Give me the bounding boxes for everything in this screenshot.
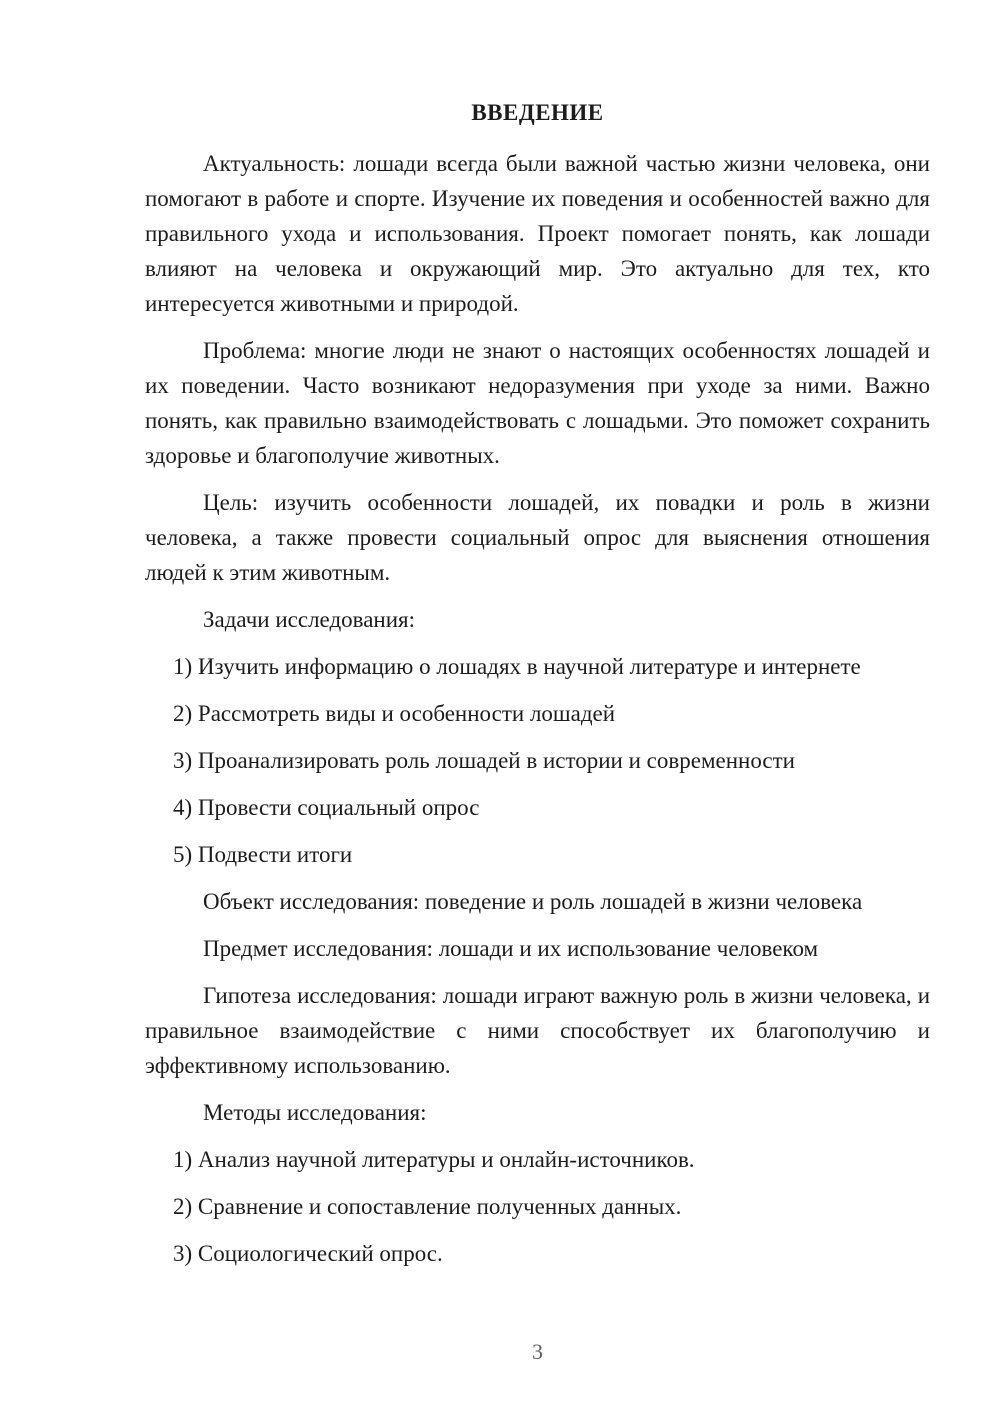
paragraph-hypothesis: Гипотеза исследования: лошади играют важ…	[145, 978, 930, 1083]
paragraph-subject: Предмет исследования: лошади и их исполь…	[145, 931, 930, 966]
tasks-header: Задачи исследования:	[145, 602, 930, 637]
paragraph-actuality: Актуальность: лошади всегда были важной …	[145, 146, 930, 321]
document-page: ВВЕДЕНИЕ Актуальность: лошади всегда был…	[0, 0, 1000, 1414]
page-number: 3	[145, 1338, 930, 1366]
list-item: 3) Социологический опрос.	[173, 1236, 930, 1271]
list-item: 2) Сравнение и сопоставление полученных …	[173, 1189, 930, 1224]
list-item: 5) Подвести итоги	[173, 837, 930, 872]
list-item: 1) Изучить информацию о лошадях в научно…	[173, 649, 930, 684]
methods-header: Методы исследования:	[145, 1095, 930, 1130]
paragraph-goal: Цель: изучить особенности лошадей, их по…	[145, 485, 930, 590]
list-item: 1) Анализ научной литературы и онлайн-ис…	[173, 1142, 930, 1177]
paragraph-problem: Проблема: многие люди не знают о настоящ…	[145, 333, 930, 473]
tasks-list: 1) Изучить информацию о лошадях в научно…	[145, 649, 930, 872]
methods-list: 1) Анализ научной литературы и онлайн-ис…	[145, 1142, 930, 1271]
list-item: 4) Провести социальный опрос	[173, 790, 930, 825]
list-item: 3) Проанализировать роль лошадей в истор…	[173, 743, 930, 778]
list-item: 2) Рассмотреть виды и особенности лошаде…	[173, 696, 930, 731]
page-title: ВВЕДЕНИЕ	[145, 95, 930, 130]
paragraph-object: Объект исследования: поведение и роль ло…	[145, 884, 930, 919]
